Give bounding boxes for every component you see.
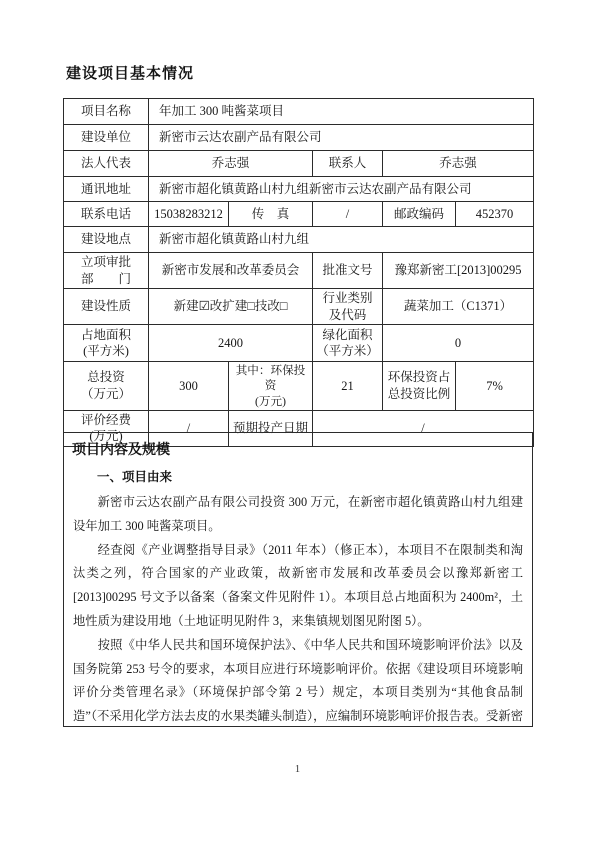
page-number: 1: [0, 764, 595, 775]
value-phone: 15038283212: [149, 202, 229, 227]
label-postal-code: 邮政编码: [383, 202, 456, 227]
label-construction-unit: 建设单位: [64, 125, 149, 151]
label-construction-nature: 建设性质: [64, 289, 149, 325]
paragraph-project-intro: 新密市云达农副产品有限公司投资 300 万元，在新密市超化镇黄路山村九组建设年加…: [73, 491, 523, 539]
value-fax: /: [313, 202, 383, 227]
label-project-name: 项目名称: [64, 99, 149, 125]
label-env-ratio: 环保投资占 总投资比例: [383, 362, 456, 411]
label-address: 通讯地址: [64, 177, 149, 202]
value-approval-dept: 新密市发展和改革委员会: [149, 253, 313, 289]
value-land-area: 2400: [149, 325, 313, 362]
row-investment: 总投资 （万元） 300 其中：环保投资 (万元) 21 环保投资占 总投资比例…: [64, 362, 534, 411]
document-page: 建设项目基本情况 项目名称 年加工 300 吨酱菜项目 建设单位 新密市云达农副…: [0, 0, 595, 842]
row-area: 占地面积 (平方米) 2400 绿化面积 （平方米） 0: [64, 325, 534, 362]
value-project-name: 年加工 300 吨酱菜项目: [149, 99, 534, 125]
section-title: 项目内容及规模: [72, 442, 532, 460]
value-approval-no: 豫郑新密工[2013]00295: [383, 253, 534, 289]
label-legal-rep: 法人代表: [64, 151, 149, 177]
value-total-investment: 300: [149, 362, 229, 411]
label-construction-site: 建设地点: [64, 227, 149, 253]
project-content-box: 项目内容及规模 一、项目由来 新密市云达农副产品有限公司投资 300 万元，在新…: [63, 432, 533, 727]
label-approval-no: 批准文号: [313, 253, 383, 289]
subsection-title: 一、项目由来: [97, 469, 532, 486]
row-nature-industry: 建设性质 新建☑改扩建□技改□ 行业类别 及代码 蔬菜加工（C1371）: [64, 289, 534, 325]
value-industry-category: 蔬菜加工（C1371）: [383, 289, 534, 325]
label-phone: 联系电话: [64, 202, 149, 227]
value-env-ratio: 7%: [456, 362, 534, 411]
label-land-area: 占地面积 (平方米): [64, 325, 149, 362]
paragraph-eia-requirement: 按照《中华人民共和国环境保护法》、《中华人民共和国环境影响评价法》以及国务院第 …: [73, 634, 523, 727]
label-contact-person: 联系人: [313, 151, 383, 177]
value-contact-person: 乔志强: [383, 151, 534, 177]
paragraph-filing-approval: 经查阅《产业调整指导目录》（2011 年本）（修正本），本项目不在限制类和淘汰类…: [73, 539, 523, 634]
row-construction-site: 建设地点 新密市超化镇黄路山村九组: [64, 227, 534, 253]
value-construction-nature-checkboxes: 新建☑改扩建□技改□: [149, 289, 313, 325]
page-title: 建设项目基本情况: [66, 62, 194, 83]
value-env-investment: 21: [313, 362, 383, 411]
row-phone-fax-postal: 联系电话 15038283212 传 真 / 邮政编码 452370: [64, 202, 534, 227]
label-env-investment: 其中：环保投资 (万元): [229, 362, 313, 411]
row-approval: 立项审批 部 门 新密市发展和改革委员会 批准文号 豫郑新密工[2013]002…: [64, 253, 534, 289]
label-fax: 传 真: [229, 202, 313, 227]
label-approval-dept: 立项审批 部 门: [64, 253, 149, 289]
value-legal-rep: 乔志强: [149, 151, 313, 177]
row-construction-unit: 建设单位 新密市云达农副产品有限公司: [64, 125, 534, 151]
body-text: 新密市云达农副产品有限公司投资 300 万元，在新密市超化镇黄路山村九组建设年加…: [73, 491, 523, 727]
row-project-name: 项目名称 年加工 300 吨酱菜项目: [64, 99, 534, 125]
row-address: 通讯地址 新密市超化镇黄路山村九组新密市云达农副产品有限公司: [64, 177, 534, 202]
value-address: 新密市超化镇黄路山村九组新密市云达农副产品有限公司: [149, 177, 534, 202]
row-legal-rep: 法人代表 乔志强 联系人 乔志强: [64, 151, 534, 177]
project-info-table: 项目名称 年加工 300 吨酱菜项目 建设单位 新密市云达农副产品有限公司 法人…: [63, 98, 534, 447]
label-total-investment: 总投资 （万元）: [64, 362, 149, 411]
value-construction-unit: 新密市云达农副产品有限公司: [149, 125, 534, 151]
value-construction-site: 新密市超化镇黄路山村九组: [149, 227, 534, 253]
value-green-area: 0: [383, 325, 534, 362]
label-industry-category: 行业类别 及代码: [313, 289, 383, 325]
label-green-area: 绿化面积 （平方米）: [313, 325, 383, 362]
value-postal-code: 452370: [456, 202, 534, 227]
